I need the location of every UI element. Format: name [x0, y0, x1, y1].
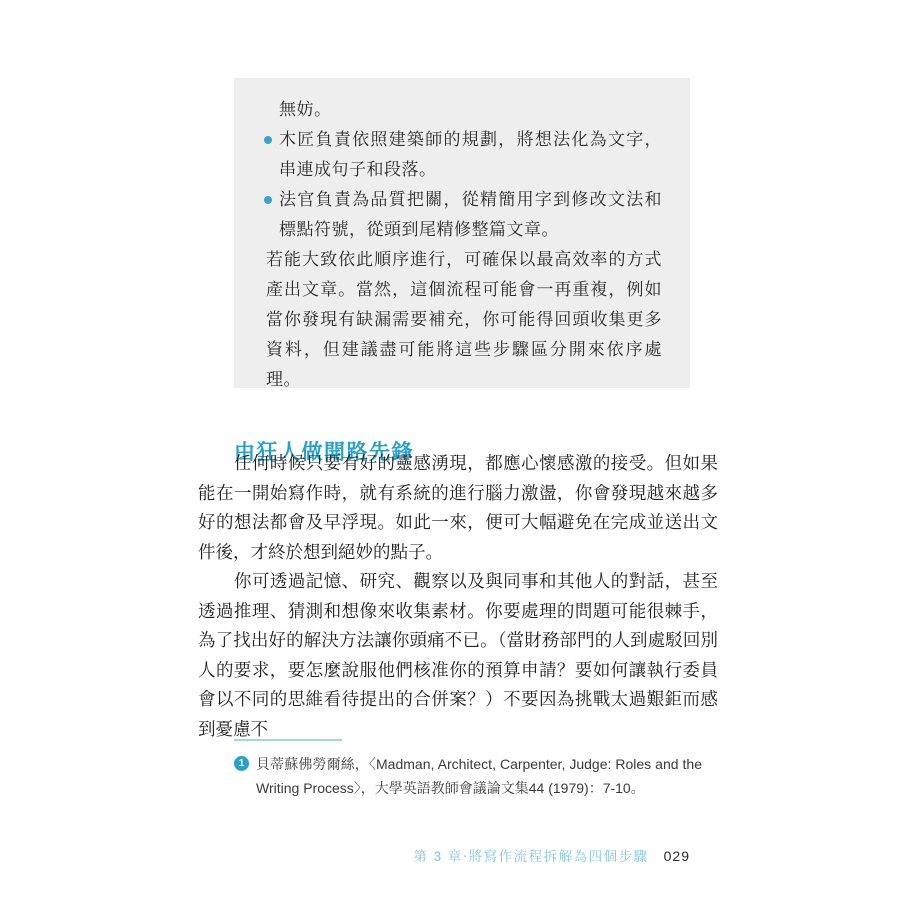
footer-chapter-title: 第 3 章‧將寫作流程拆解為四個步驟 [413, 845, 648, 865]
page-footer: 第 3 章‧將寫作流程拆解為四個步驟 029 [413, 845, 690, 865]
callout-continuation-text: 無妨。 [266, 95, 662, 125]
bullet-item-text: 木匠負責依照建築師的規劃，將想法化為文字，串連成句子和段落。 [279, 130, 662, 179]
footer-page-number: 029 [664, 848, 690, 864]
footnote: 1 貝蒂蘇佛勞爾絲，〈Madman, Architect, Carpenter,… [234, 752, 702, 800]
bullet-item-text: 法官負責為品質把關，從精簡用字到修改文法和標點符號，從頭到尾精修整篇文章。 [279, 190, 662, 239]
list-item: 法官負責為品質把關，從精簡用字到修改文法和標點符號，從頭到尾精修整篇文章。 [266, 185, 662, 245]
body-paragraph: 你可透過記憶、研究、觀察以及與同事和其他人的對話，甚至透過推理、猜測和想像來收集… [198, 567, 718, 744]
callout-bullet-list: 木匠負責依照建築師的規劃，將想法化為文字，串連成句子和段落。 法官負責為品質把關… [266, 125, 662, 245]
callout-box: 無妨。 木匠負責依照建築師的規劃，將想法化為文字，串連成句子和段落。 法官負責為… [234, 78, 690, 388]
list-item: 木匠負責依照建築師的規劃，將想法化為文字，串連成句子和段落。 [266, 125, 662, 185]
footnote-number-badge: 1 [234, 756, 249, 771]
body-text-block: 任何時候只要有好的靈感湧現，都應心懷感激的接受。但如果能在一開始寫作時，就有系統… [198, 449, 718, 744]
footnote-text: 貝蒂蘇佛勞爾絲，〈Madman, Architect, Carpenter, J… [256, 752, 702, 800]
book-page: 無妨。 木匠負責依照建築師的規劃，將想法化為文字，串連成句子和段落。 法官負責為… [0, 0, 900, 900]
bullet-dot-icon [264, 196, 272, 204]
bullet-dot-icon [264, 136, 272, 144]
callout-closing-paragraph: 若能大致依此順序進行，可確保以最高效率的方式產出文章。當然，這個流程可能會一再重… [266, 245, 662, 395]
body-paragraph: 任何時候只要有好的靈感湧現，都應心懷感激的接受。但如果能在一開始寫作時，就有系統… [198, 449, 718, 567]
footnote-divider [234, 739, 342, 741]
